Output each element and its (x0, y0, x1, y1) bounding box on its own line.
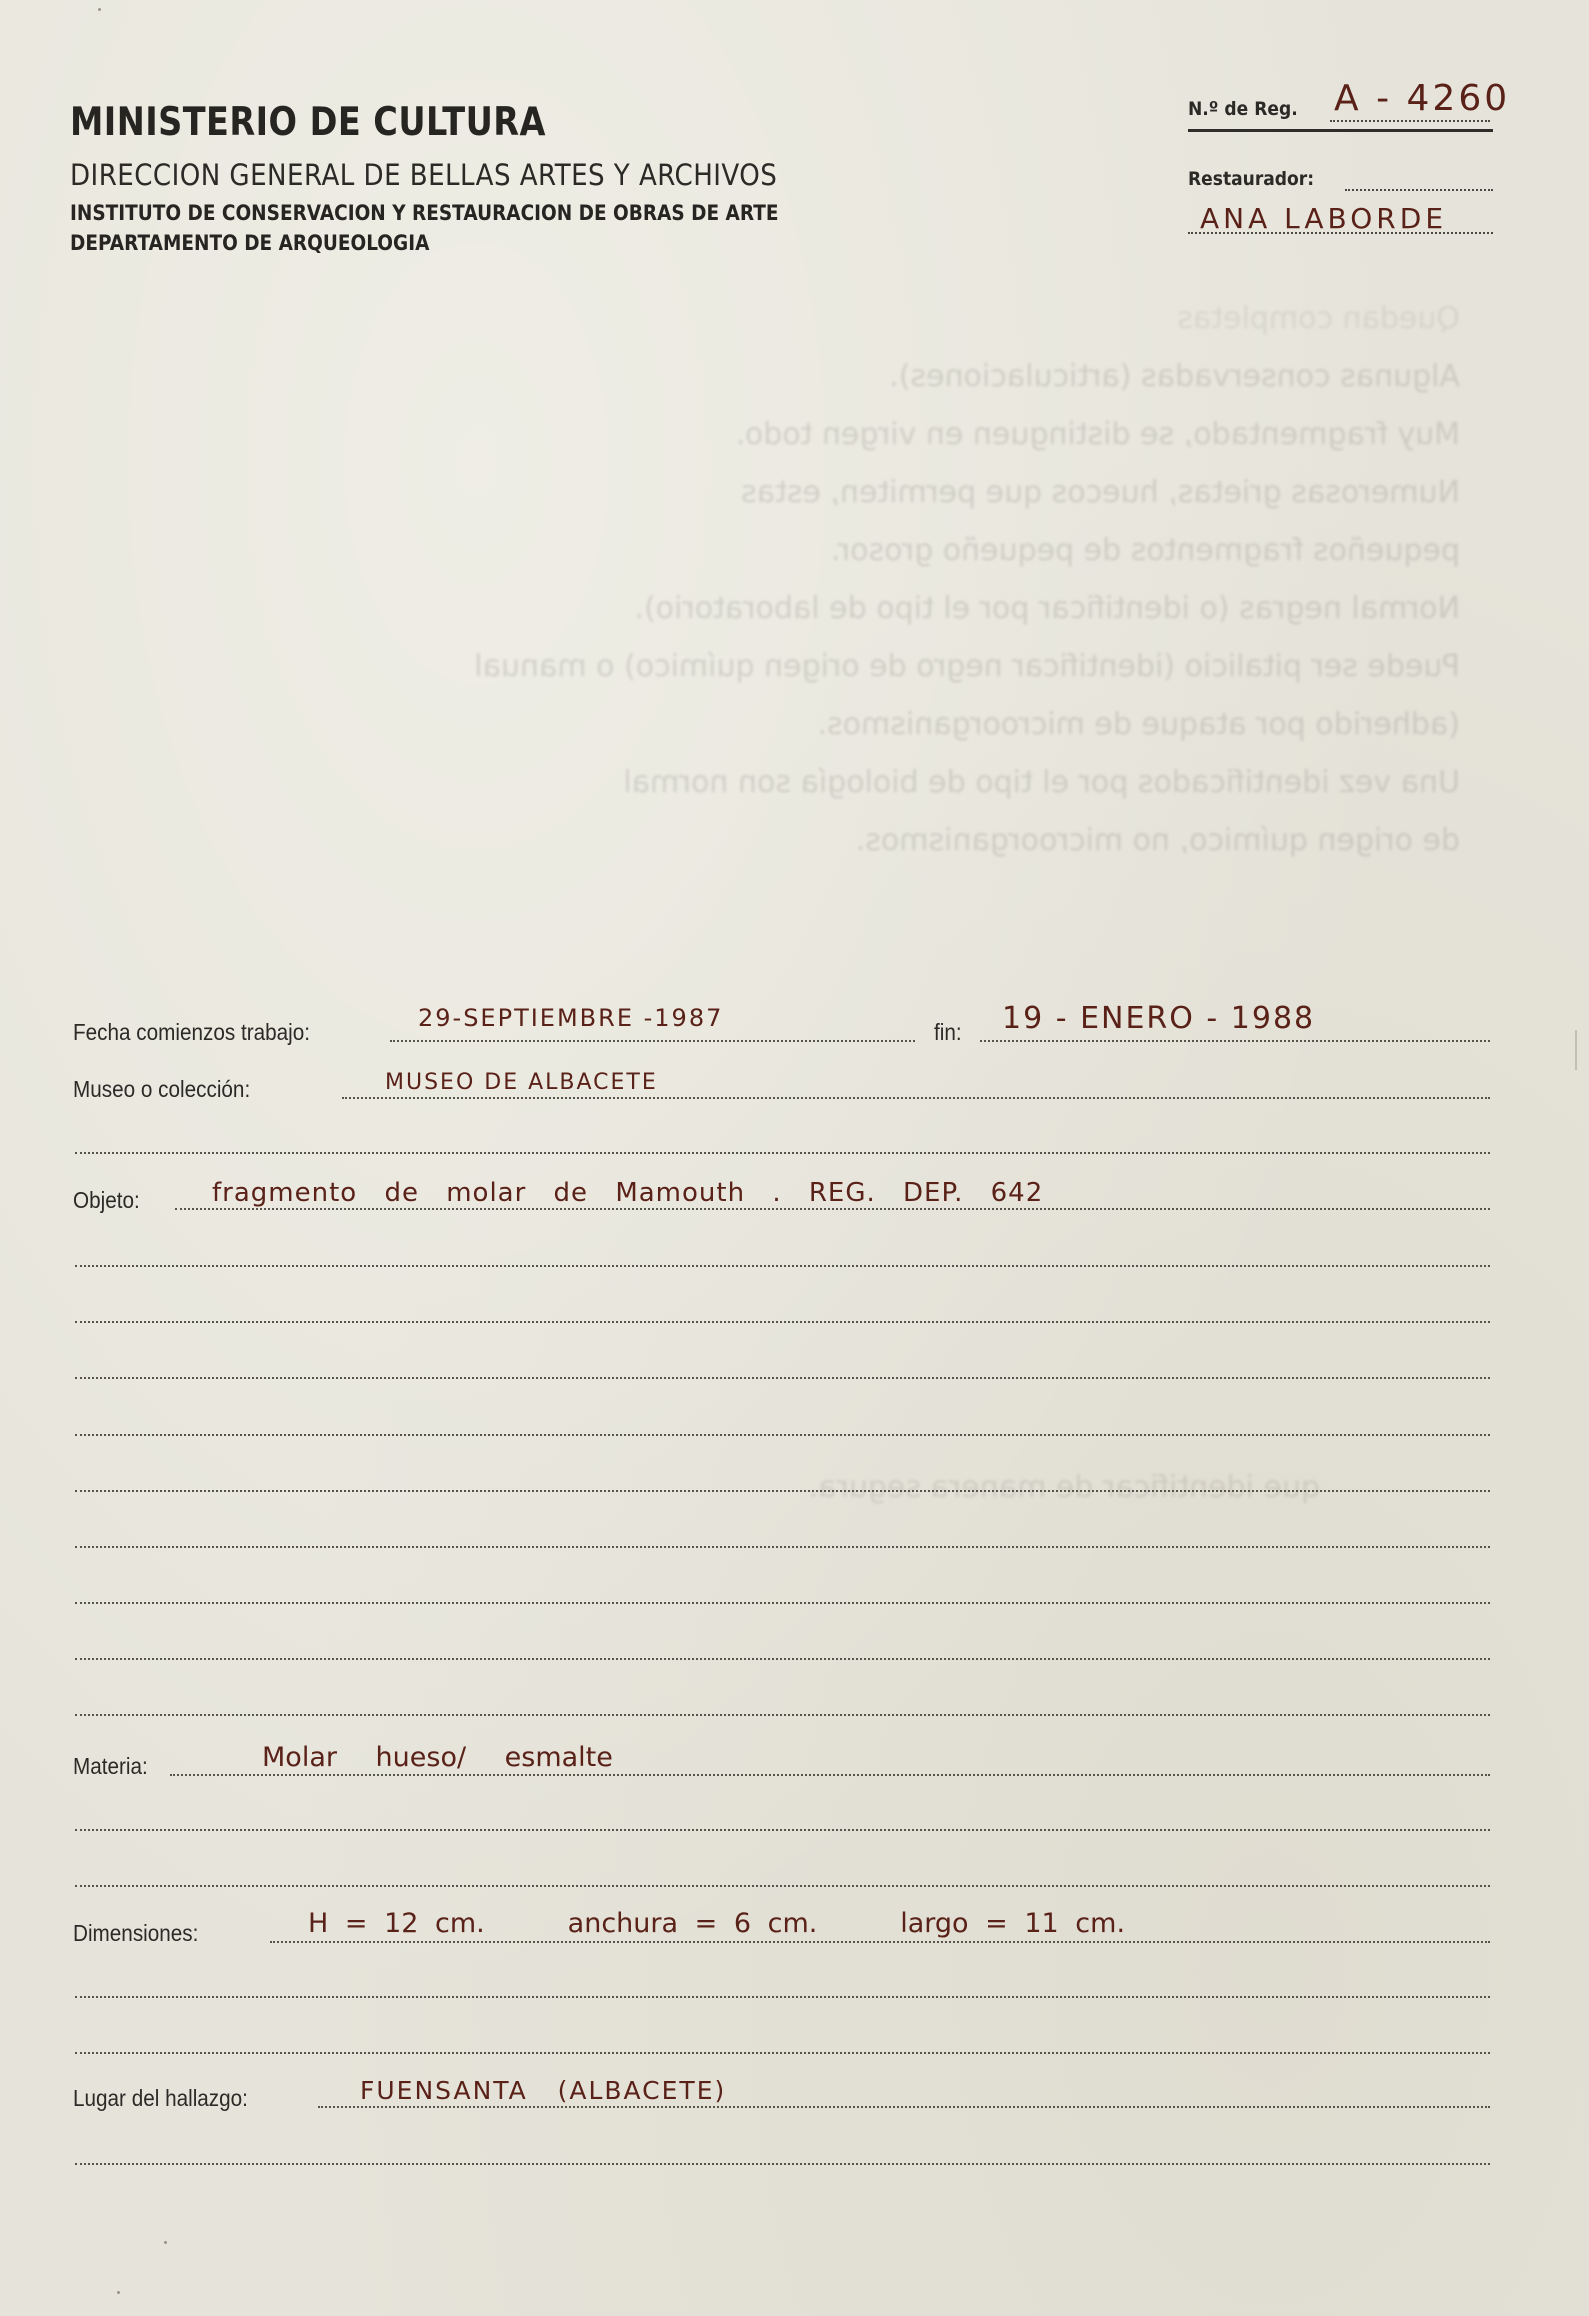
objeto-line-2 (75, 1265, 1490, 1267)
lugar-line-2 (75, 2163, 1490, 2165)
fin-line (980, 1040, 1490, 1042)
objeto-line (175, 1208, 1490, 1210)
paper-background (0, 0, 1589, 2316)
fecha-label: Fecha comienzos trabajo: (73, 1019, 310, 1046)
lugar-value: FUENSANTA (ALBACETE) (360, 2076, 726, 2105)
paper-speck (98, 8, 101, 11)
museo-label: Museo o colección: (73, 1076, 250, 1103)
paper-speck (117, 2291, 120, 2294)
directorate-title: DIRECCION GENERAL DE BELLAS ARTES Y ARCH… (70, 158, 777, 192)
objeto-line-10 (75, 1714, 1490, 1716)
ministry-title: MINISTERIO DE CULTURA (70, 100, 546, 145)
museo-value: MUSEO DE ALBACETE (385, 1070, 658, 1095)
header-rule (1188, 129, 1493, 132)
institute-title: INSTITUTO DE CONSERVACION Y RESTAURACION… (70, 201, 778, 225)
objeto-line-6 (75, 1490, 1490, 1492)
reg-number-line (1330, 120, 1490, 122)
fecha-value: 29-SEPTIEMBRE -1987 (418, 1004, 723, 1032)
materia-line (170, 1774, 1490, 1776)
lugar-label: Lugar del hallazgo: (73, 2085, 248, 2112)
restaurador-value: ANA LABORDE (1200, 202, 1447, 235)
museo-line-2 (75, 1152, 1490, 1154)
objeto-line-9 (75, 1658, 1490, 1660)
lugar-line (318, 2106, 1490, 2108)
objeto-label: Objeto: (73, 1187, 140, 1214)
restaurador-line (1345, 189, 1493, 191)
objeto-line-3 (75, 1321, 1490, 1323)
reg-number-label: N.º de Reg. (1188, 98, 1298, 120)
dimensiones-line-2 (75, 1996, 1490, 1998)
dimensiones-line-3 (75, 2052, 1490, 2054)
objeto-line-7 (75, 1546, 1490, 1548)
objeto-value: fragmento de molar de Mamouth . REG. DEP… (212, 1178, 1043, 1208)
fin-label: fin: (934, 1019, 962, 1046)
materia-value: Molar hueso/ esmalte (262, 1742, 613, 1773)
objeto-line-4 (75, 1377, 1490, 1379)
paper-speck (164, 2241, 167, 2244)
materia-line-2 (75, 1829, 1490, 1831)
fecha-line (390, 1040, 915, 1042)
materia-line-3 (75, 1885, 1490, 1887)
objeto-line-8 (75, 1602, 1490, 1604)
fin-value: 19 - ENERO - 1988 (1002, 1001, 1315, 1036)
restaurador-label: Restaurador: (1188, 168, 1314, 190)
department-title: DEPARTAMENTO DE ARQUEOLOGIA (70, 231, 429, 255)
paper-edge-mark (1575, 1030, 1577, 1070)
dimensiones-label: Dimensiones: (73, 1920, 198, 1947)
objeto-line-5 (75, 1434, 1490, 1436)
museo-line (342, 1097, 1490, 1099)
dimensiones-line (270, 1941, 1490, 1943)
materia-label: Materia: (73, 1753, 148, 1780)
dimensiones-value: H = 12 cm. anchura = 6 cm. largo = 11 cm… (308, 1908, 1125, 1939)
reg-number-value: A - 4260 (1334, 78, 1510, 119)
